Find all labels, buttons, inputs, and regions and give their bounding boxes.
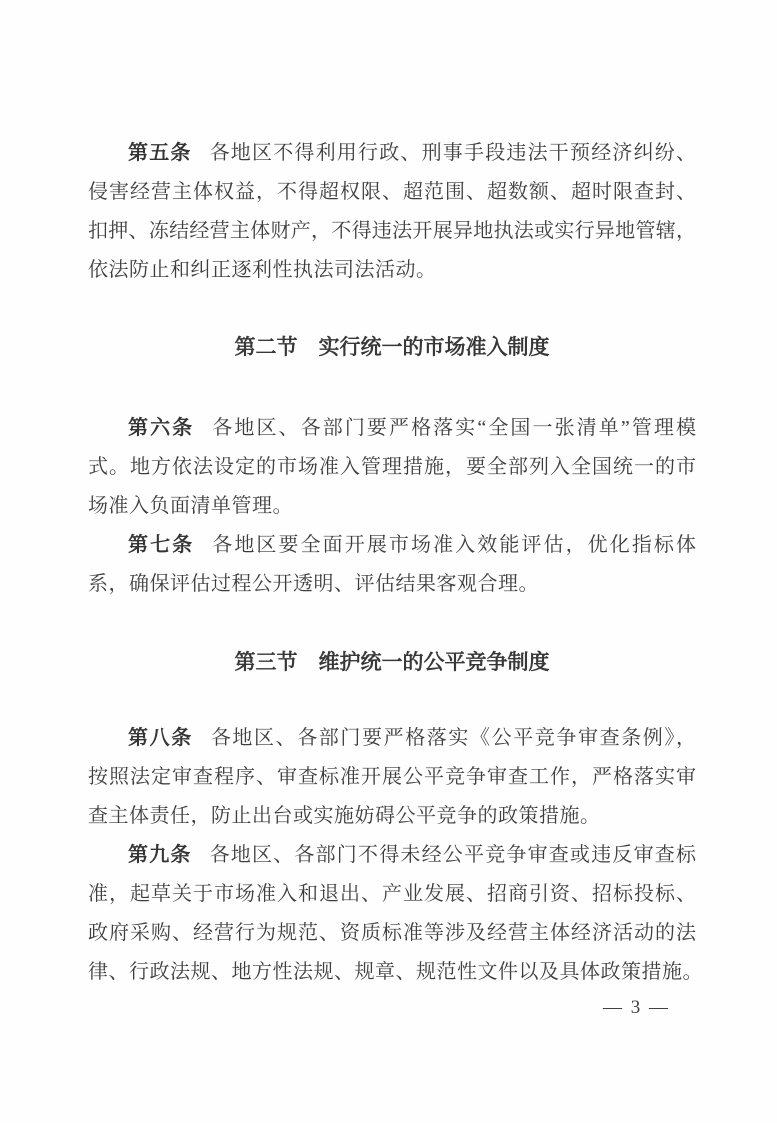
document-content: 第五条各地区不得利用行政、刑事手段违法干预经济纠纷、 侵害经营主体权益，不得超权…	[88, 134, 696, 1023]
article-5-line-2: 侵害经营主体权益，不得超权限、超范围、超数额、超时限查封、	[88, 173, 696, 212]
article-7-number: 第七条	[128, 534, 194, 556]
text-line: 第九条各地区、各部门不得未经公平竞争审查或违反审查标	[88, 836, 696, 875]
article-9-line-4: 律、行政法规、地方性法规、规章、规范性文件以及具体政策措施。	[88, 953, 696, 992]
article-7: 第七条各地区要全面开展市场准入效能评估，优化指标体 系，确保评估过程公开透明、评…	[88, 526, 696, 604]
section-2-label: 第二节	[235, 336, 298, 359]
article-9-line-2: 准，起草关于市场准入和退出、产业发展、招商引资、招标投标、	[88, 875, 696, 914]
article-9-line-3: 政府采购、经营行为规范、资质标准等涉及经营主体经济活动的法	[88, 914, 696, 953]
article-7-line-1: 各地区要全面开展市场准入效能评估，优化指标体	[212, 534, 696, 556]
section-3-title: 维护统一的公平竞争制度	[319, 651, 550, 674]
document-page: 第五条各地区不得利用行政、刑事手段违法干预经济纠纷、 侵害经营主体权益，不得超权…	[0, 0, 777, 1123]
article-6-line-3: 场准入负面清单管理。	[88, 487, 696, 526]
section-2-title: 实行统一的市场准入制度	[319, 336, 550, 359]
article-8-line-2: 按照法定审查程序、审查标准开展公平竞争审查工作，严格落实审	[88, 758, 696, 797]
article-8-line-1: 各地区、各部门要严格落实《公平竞争审查条例》，	[211, 727, 696, 749]
article-5: 第五条各地区不得利用行政、刑事手段违法干预经济纠纷、 侵害经营主体权益，不得超权…	[88, 134, 696, 290]
article-9: 第九条各地区、各部门不得未经公平竞争审查或违反审查标 准，起草关于市场准入和退出…	[88, 836, 696, 992]
text-line: 第七条各地区要全面开展市场准入效能评估，优化指标体	[88, 526, 696, 565]
article-5-number: 第五条	[128, 142, 192, 164]
article-8-line-3: 查主体责任，防止出台或实施妨碍公平竞争的政策措施。	[88, 797, 696, 836]
text-line: 第八条各地区、各部门要严格落实《公平竞争审查条例》，	[88, 719, 696, 758]
article-6-line-2: 式。地方依法设定的市场准入管理措施，要全部列入全国统一的市	[88, 448, 696, 487]
section-3-heading: 第三节维护统一的公平竞争制度	[88, 643, 696, 682]
article-5-line-3: 扣押、冻结经营主体财产，不得违法开展异地执法或实行异地管辖，	[88, 212, 696, 251]
article-9-number: 第九条	[128, 844, 192, 866]
article-6: 第六条各地区、各部门要严格落实“全国一张清单”管理模 式。地方依法设定的市场准入…	[88, 409, 696, 526]
article-5-line-1: 各地区不得利用行政、刑事手段违法干预经济纠纷、	[210, 142, 696, 164]
article-6-number: 第六条	[128, 417, 194, 439]
article-9-line-1: 各地区、各部门不得未经公平竞争审查或违反审查标	[210, 844, 696, 866]
text-line: 第五条各地区不得利用行政、刑事手段违法干预经济纠纷、	[88, 134, 696, 173]
article-6-line-1: 各地区、各部门要严格落实“全国一张清单”管理模	[212, 417, 696, 439]
page-number: — 3 —	[88, 993, 696, 1023]
article-7-line-2: 系，确保评估过程公开透明、评估结果客观合理。	[88, 565, 696, 604]
text-line: 第六条各地区、各部门要严格落实“全国一张清单”管理模	[88, 409, 696, 448]
article-8: 第八条各地区、各部门要严格落实《公平竞争审查条例》， 按照法定审查程序、审查标准…	[88, 719, 696, 836]
article-8-number: 第八条	[128, 727, 193, 749]
article-5-line-4: 依法防止和纠正逐利性执法司法活动。	[88, 251, 696, 290]
section-2-heading: 第二节实行统一的市场准入制度	[88, 328, 696, 367]
section-3-label: 第三节	[235, 651, 298, 674]
